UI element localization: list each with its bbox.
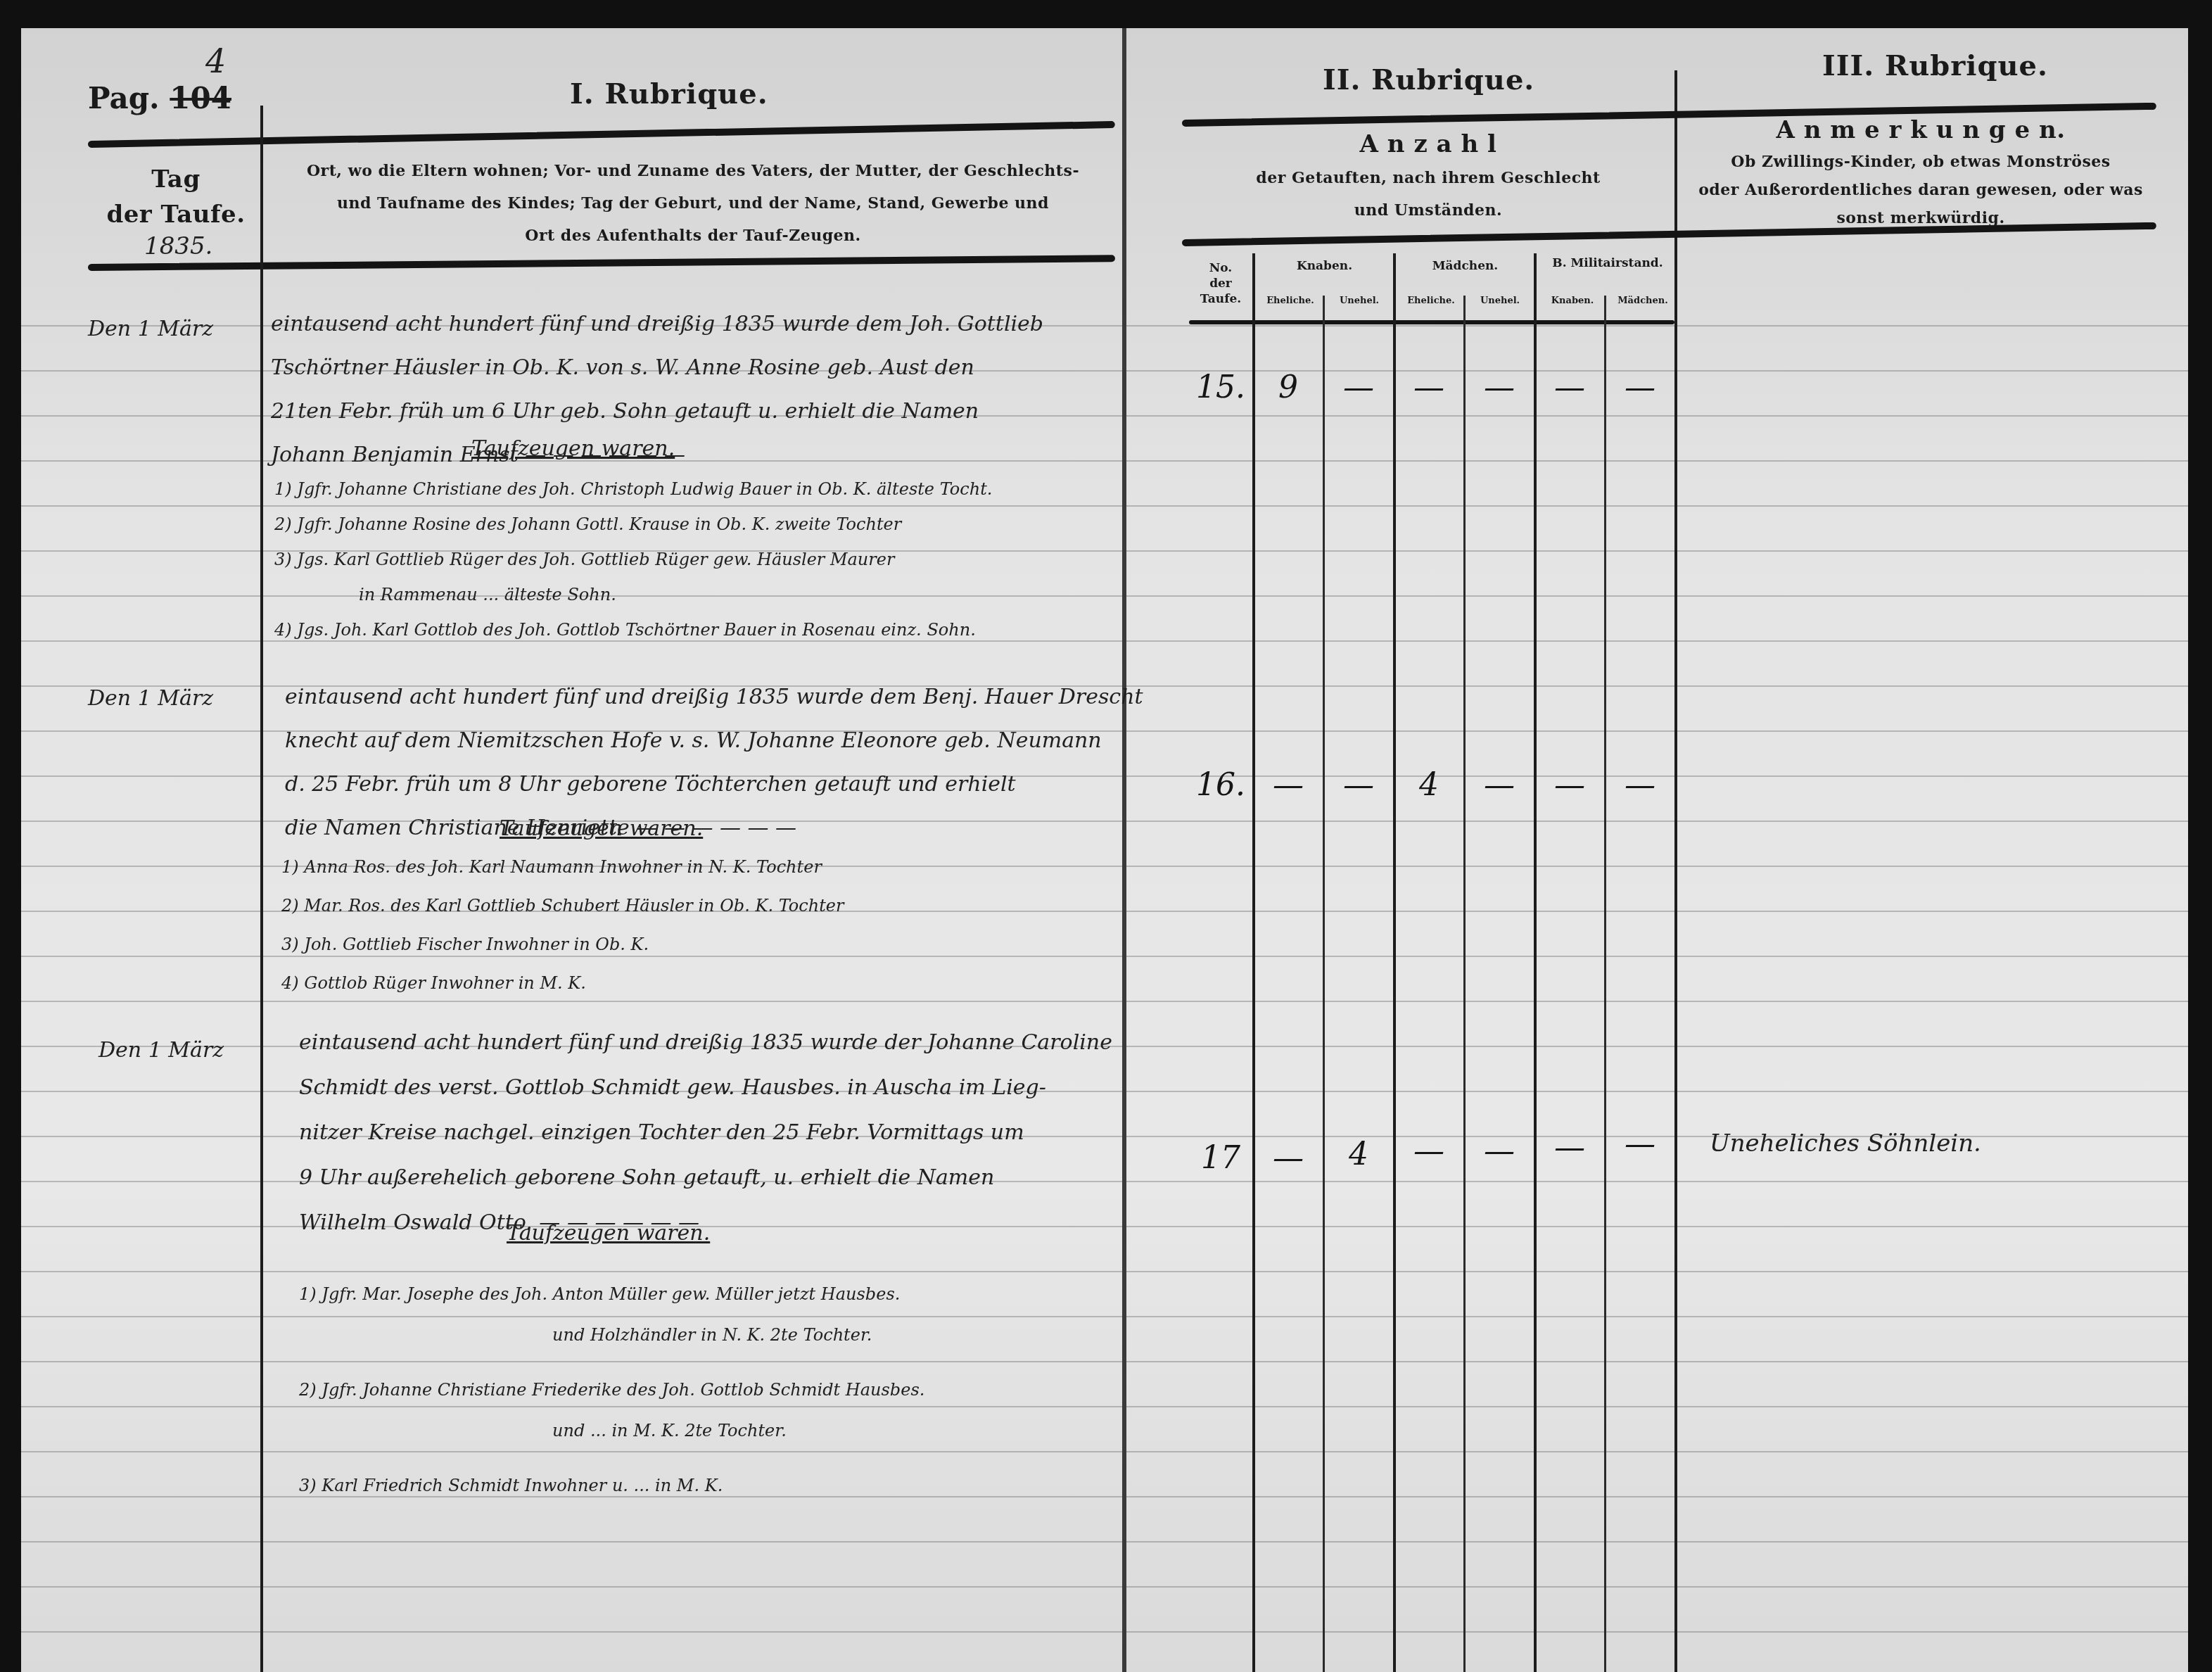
col-knaben-unehel: Unehel. — [1325, 296, 1394, 306]
count-table-header: No. der Taufe. Knaben. Mädchen. B. Milit… — [1189, 253, 1682, 324]
count-col-line — [1393, 253, 1396, 1672]
count-knaben-unehel: — — [1324, 767, 1393, 803]
count-maedchen-ehel: — — [1394, 369, 1463, 405]
col-mil-maedchen: Mädchen. — [1608, 296, 1678, 306]
page-number-new: 4 — [205, 42, 226, 80]
book-gutter — [1122, 28, 1126, 1672]
rubric-2-title: II. Rubrique. — [1323, 63, 1534, 96]
header-year: 1835. — [144, 232, 212, 260]
header-rule-top — [88, 121, 1115, 148]
col-mil-knaben: Knaben. — [1537, 296, 1608, 306]
count-mil-knaben: — — [1535, 369, 1604, 405]
count-no: 16. — [1189, 767, 1252, 803]
count-mil-maedchen: — — [1606, 767, 1674, 803]
entry-text: eintausend acht hundert fünf und dreißig… — [285, 676, 1143, 850]
count-knaben-unehel: — — [1324, 369, 1393, 405]
count-mil-maedchen: — — [1606, 369, 1674, 405]
count-no: 15. — [1189, 369, 1252, 405]
col-maedchen-ehel: Eheliche. — [1397, 296, 1466, 306]
count-col-line — [1604, 296, 1606, 1672]
count-col-line — [1323, 296, 1325, 1672]
count-table-header-rule — [1189, 320, 1674, 324]
col-no-header: No. der Taufe. — [1189, 260, 1252, 307]
col-knaben-ehel: Eheliche. — [1256, 296, 1325, 306]
witness-list: 1) Anna Ros. des Joh. Karl Naumann Inwoh… — [281, 848, 844, 1003]
witness-heading: Taufzeugen waren. — [500, 816, 703, 841]
witness-list: 1) Jgfr. Johanne Christiane des Joh. Chr… — [274, 471, 992, 647]
rubric-1-title: I. Rubrique. — [570, 77, 768, 110]
page-label: Pag. 104 — [88, 81, 231, 115]
count-mil-maedchen: — — [1606, 1126, 1674, 1162]
count-no: 17 — [1189, 1140, 1252, 1176]
entry-text: eintausend acht hundert fünf und dreißig… — [299, 1020, 1112, 1246]
date-column-divider — [260, 106, 263, 1672]
header-rule-bottom — [88, 255, 1115, 271]
col-militair-header: B. Militairstand. — [1537, 256, 1678, 270]
col-knaben-header: Knaben. — [1256, 259, 1393, 273]
count-knaben-ehel: — — [1254, 767, 1323, 803]
register-page: Pag. 104 4 I. Rubrique. Tag der Taufe. 1… — [21, 28, 2188, 1672]
count-maedchen-unehel: — — [1465, 1133, 1534, 1169]
count-knaben-ehel: 9 — [1254, 369, 1323, 405]
count-mil-knaben: — — [1535, 1129, 1604, 1165]
col-date-header: Tag der Taufe. — [98, 162, 253, 232]
count-mil-knaben: — — [1535, 767, 1604, 803]
count-maedchen-unehel: — — [1465, 767, 1534, 803]
witness-list: 1) Jgfr. Mar. Josephe des Joh. Anton Mül… — [299, 1274, 924, 1506]
col-remarks-header: A n m e r k u n g e n. Ob Zwillings-Kind… — [1689, 113, 2153, 232]
rubric-3-title: III. Rubrique. — [1822, 49, 2048, 82]
col-count-header: A n z a h l der Getauften, nach ihrem Ge… — [1189, 127, 1667, 227]
count-knaben-unehel: 4 — [1324, 1136, 1393, 1172]
count-maedchen-ehel: 4 — [1394, 767, 1463, 803]
witness-heading: Taufzeugen waren. — [471, 436, 675, 461]
entry-remark: Uneheliches Söhnlein. — [1710, 1129, 1981, 1158]
count-col-line — [1534, 253, 1537, 1672]
page-number-struck: 104 — [170, 81, 231, 115]
col-maedchen-unehel: Unehel. — [1466, 296, 1534, 306]
witness-heading: Taufzeugen waren. — [507, 1221, 710, 1246]
col-maedchen-header: Mädchen. — [1397, 259, 1534, 273]
count-col-line — [1252, 253, 1255, 1672]
entry-date: Den 1 März — [88, 317, 213, 341]
col-details-header: Ort, wo die Eltern wohnen; Vor- und Zuna… — [278, 155, 1108, 252]
entry-date: Den 1 März — [98, 1038, 224, 1063]
count-maedchen-ehel: — — [1394, 1133, 1463, 1169]
count-col-line — [1463, 296, 1466, 1672]
count-maedchen-unehel: — — [1465, 369, 1534, 405]
entry-date: Den 1 März — [88, 686, 213, 711]
count-knaben-ehel: — — [1254, 1140, 1323, 1176]
